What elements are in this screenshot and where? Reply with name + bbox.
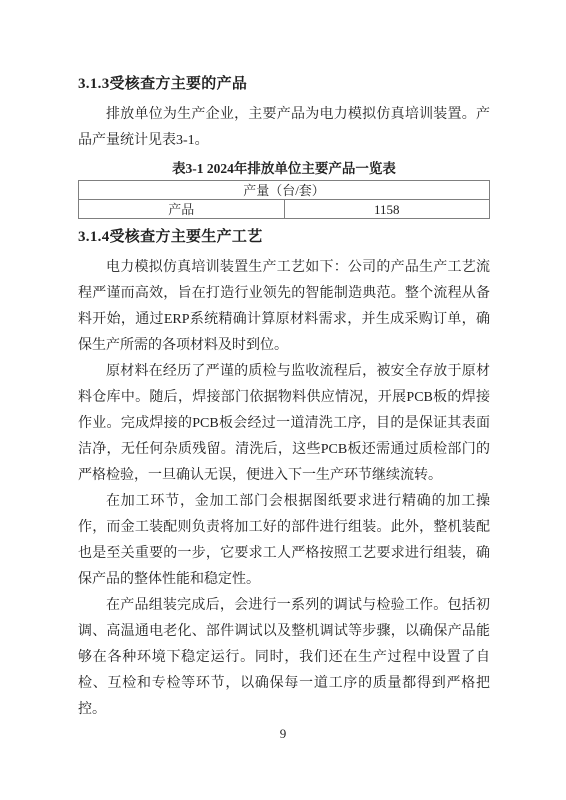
paragraph-products-intro: 排放单位为生产企业，主要产品为电力模拟仿真培训装置。产品产量统计见表3-1。: [78, 102, 490, 154]
table-merged-header-cell: 产量（台/套）: [79, 181, 490, 200]
table-product-value-cell: 1158: [284, 200, 490, 219]
paragraph-process-machining: 在加工环节，金加工部门会根据图纸要求进行精确的加工操作，而金工装配则负责将加工好…: [78, 489, 490, 593]
table-product-label-cell: 产品: [79, 200, 285, 219]
page-number: 9: [0, 726, 566, 742]
table-row: 产品 1158: [79, 200, 490, 219]
paragraph-process-overview: 电力模拟仿真培训装置生产工艺如下：公司的产品生产工艺流程严谨而高效，旨在打造行业…: [78, 255, 490, 359]
document-page: 3.1.3受核查方主要的产品 排放单位为生产企业，主要产品为电力模拟仿真培训装置…: [0, 0, 566, 800]
section-heading-products: 3.1.3受核查方主要的产品: [78, 74, 490, 94]
paragraph-process-materials: 原材料在经历了严谨的质检与监收流程后，被安全存放于原材料仓库中。随后，焊接部门依…: [78, 359, 490, 489]
table-header-row: 产量（台/套）: [79, 181, 490, 200]
product-output-table: 产量（台/套） 产品 1158: [78, 180, 490, 219]
paragraph-process-testing: 在产品组装完成后，会进行一系列的调试与检验工作。包括初调、高温通电老化、部件调试…: [78, 593, 490, 723]
section-heading-process: 3.1.4受核查方主要生产工艺: [78, 227, 490, 247]
table-caption: 表3-1 2024年排放单位主要产品一览表: [78, 158, 490, 180]
